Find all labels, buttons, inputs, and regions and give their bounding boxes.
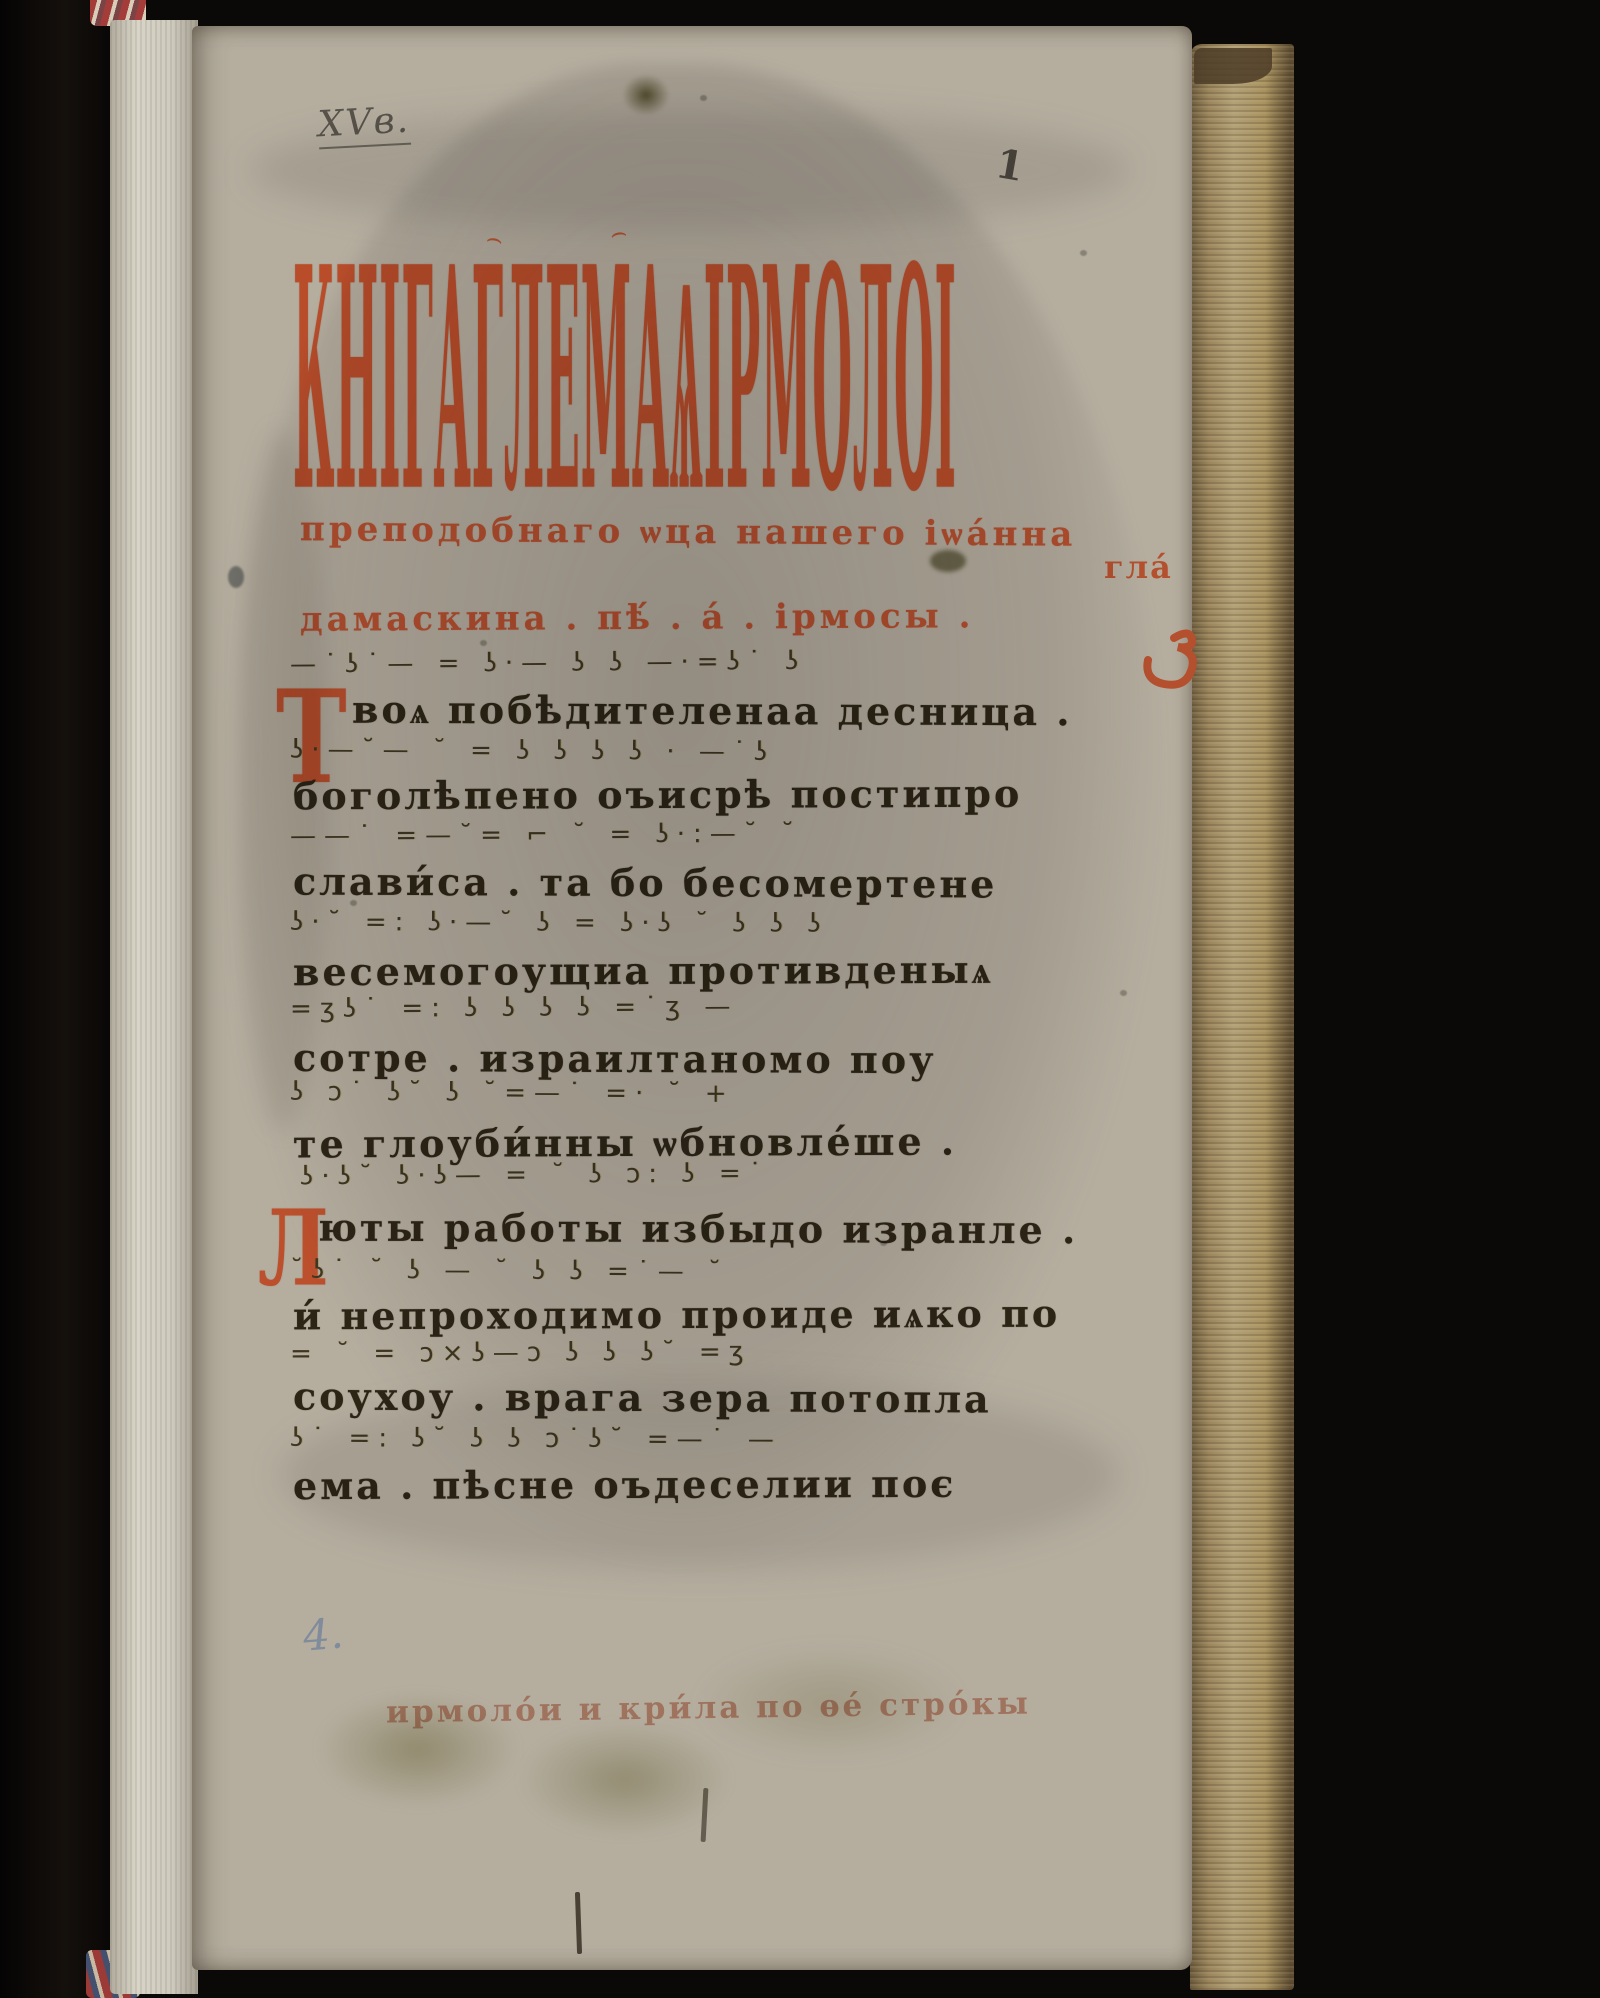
chant-line: соухоу . врага зера потопла — [293, 1373, 992, 1421]
neume-row: —˙ʖ˙— = ʖ·— ʖ ʖ —·=ʖ˙ ʖ — [290, 646, 806, 680]
rubric-line-1: преподобнаго ѡца нашего іѡа́нна — [300, 509, 1077, 554]
chant-line: ема . пѣсне оъдеселии поє — [293, 1461, 957, 1508]
vyaz-title: КНІГАГЛЕМАѦІРМОЛОІ — [293, 206, 957, 557]
manuscript-photo: XVв. 1 4. КНІГАГЛЕМАѦІРМОЛОІ ⌢ ⌢ преподо… — [0, 0, 1600, 1998]
neume-row: ʖ·˘ =: ʖ·—˘ ʖ = ʖ·ʖ ˘ ʖ ʖ ʖ — [290, 907, 829, 939]
margin-glas-label: гла́ — [1104, 548, 1173, 586]
chant-line: юты работы избыдо изранле . — [318, 1205, 1078, 1253]
fore-edge-dark-cap — [1194, 48, 1272, 84]
rubric-line-2: дамаскина . пѣ́ . а́ . ірмосы . — [300, 596, 975, 640]
book-cover-edge — [0, 0, 116, 1998]
chant-line: боголѣпено оъисрѣ постипро — [293, 771, 1022, 819]
chant-line: воѧ побѣдителенаа десница . — [352, 687, 1073, 736]
fore-edge — [1190, 44, 1294, 1990]
neume-row: = ˘ = ɔ×ʖ—ɔ ʖ ʖ ʖ˘ =ʒ — [290, 1337, 752, 1369]
page-stack-edge — [110, 20, 198, 1994]
neume-row: ʖ·—˘— ˘ = ʖ ʖ ʖ ʖ · —˙ʖ — [290, 735, 775, 768]
neume-row: ʖ ɔ˙ ʖ˘ ʖ ˘=—˙ =· ˘ + — [290, 1077, 735, 1109]
neume-row: =ʒʖ˙ =: ʖ ʖ ʖ ʖ =˙ʒ — — [290, 992, 738, 1024]
chant-line: и́ непроходимо проиде иѧко по — [293, 1291, 1060, 1340]
neume-row: ʖ·ʖ˘ ʖ·ʖ— = ˘ ʖ ɔ: ʖ =˙ — [300, 1158, 770, 1191]
neume-row: ʖ˙ =: ʖ˘ ʖ ʖ ɔ˙ʖ˘ =—˙ — — [290, 1423, 782, 1455]
neume-row: ——˙ =—˘= ⌐ ˘ = ʖ·:—˘ ˘ — [290, 819, 802, 852]
chant-line: слави́са . та бо бесомертене — [293, 858, 998, 906]
page-stack-streaks — [110, 20, 198, 1994]
chant-line: весемогоущиа противденыѧ — [293, 947, 994, 995]
chant-line: сотре . израилтаномо поу — [293, 1035, 937, 1082]
fore-edge-page-lines — [1190, 44, 1294, 1990]
neume-row: ˘ʖ˙ ˘ ʖ — ˘ ʖ ʖ =˙— ˘ — [290, 1255, 729, 1287]
blue-page-number: 4. — [301, 1608, 345, 1660]
pencil-date-note: XVв. — [317, 100, 411, 150]
glas-ornament-icon — [1118, 628, 1198, 708]
